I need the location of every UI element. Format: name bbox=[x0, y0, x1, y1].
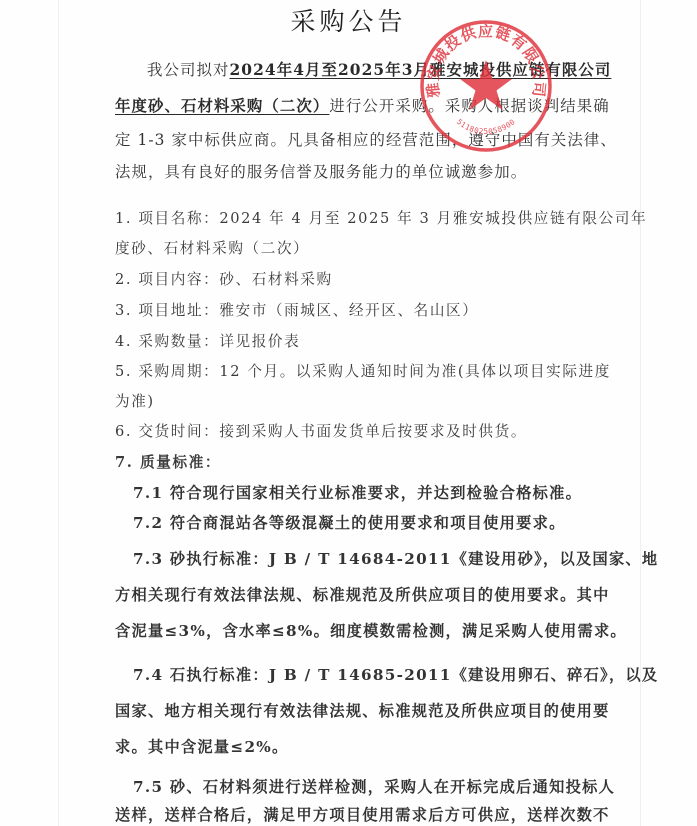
item-7-heading: 7. 质量标准： bbox=[115, 451, 221, 472]
quality-7-5-line-2: 送样，送样合格后，满足甲方项目使用需求后方可供应，送样次数不 bbox=[115, 804, 610, 825]
scan-shadow bbox=[58, 0, 59, 826]
intro-line-4: 法规，具有良好的服务信誉及服务能力的单位诚邀参加。 bbox=[115, 160, 527, 182]
document-page: 采购公告 我公司拟对2024年4月至2025年3月雅安城投供应链有限公司 年度砂… bbox=[0, 0, 697, 826]
item-5-line-2: 为准) bbox=[115, 390, 155, 411]
quality-7-2: 7.2 符合商混站各等级混凝土的使用要求和项目使用要求。 bbox=[133, 512, 566, 533]
quality-7-4-line-2: 国家、地方相关现行有效法律法规、标准规范及所供应项目的使用要 bbox=[115, 700, 610, 721]
quality-7-4-line-3: 求。其中含泥量≤2%。 bbox=[115, 736, 289, 757]
item-5-line-1: 5. 采购周期：12 个月。以采购人通知时间为准(具体以项目实际进度 bbox=[115, 360, 611, 381]
scan-shadow bbox=[640, 0, 641, 826]
item-1-line-1: 1. 项目名称：2024 年 4 月至 2025 年 3 月雅安城投供应链有限公… bbox=[115, 207, 647, 228]
intro-prefix: 我公司拟对 bbox=[147, 61, 229, 79]
item-6: 6. 交货时间：接到采购人书面发货单后按要求及时供货。 bbox=[115, 420, 527, 441]
quality-7-3-line-2: 方相关现行有效法律法规、标准规范及所供应项目的使用要求。其中 bbox=[115, 584, 610, 605]
quality-7-3-line-3: 含泥量≤3%，含水率≤8%。细度模数需检测，满足采购人使用需求。 bbox=[115, 620, 627, 641]
item-1-line-2: 度砂、石材料采购（二次） bbox=[115, 237, 309, 258]
page-title: 采购公告 bbox=[0, 2, 697, 38]
project-name-underlined-cont: 年度砂、石材料采购（二次） bbox=[115, 97, 329, 115]
intro-line-3: 定 1-3 家中标供应商。凡具备相应的经营范围，遵守中国有关法律、 bbox=[115, 128, 617, 150]
intro-line-1: 我公司拟对2024年4月至2025年3月雅安城投供应链有限公司 bbox=[147, 58, 611, 80]
quality-7-4-line-1: 7.4 石执行标准：J B / T 14685-2011《建设用卵石、碎石》，以… bbox=[133, 664, 658, 685]
item-4: 4. 采购数量：详见报价表 bbox=[115, 330, 300, 351]
quality-7-5-line-1: 7.5 砂、石材料须进行送样检测，采购人在开标完成后通知投标人 bbox=[133, 776, 615, 797]
quality-7-1: 7.1 符合现行国家相关行业标准要求，并达到检验合格标准。 bbox=[133, 482, 582, 503]
intro-text: 进行公开采购。采购人根据谈判结果确 bbox=[329, 97, 609, 115]
item-2: 2. 项目内容：砂、石材料采购 bbox=[115, 268, 333, 289]
intro-line-2: 年度砂、石材料采购（二次）进行公开采购。采购人根据谈判结果确 bbox=[115, 94, 610, 116]
project-name-underlined: 2024年4月至2025年3月雅安城投供应链有限公司 bbox=[229, 61, 611, 79]
quality-7-3-line-1: 7.3 砂执行标准：J B / T 14684-2011《建设用砂》，以及国家、… bbox=[133, 548, 658, 569]
item-3: 3. 项目地址：雅安市（雨城区、经开区、名山区） bbox=[115, 299, 478, 320]
